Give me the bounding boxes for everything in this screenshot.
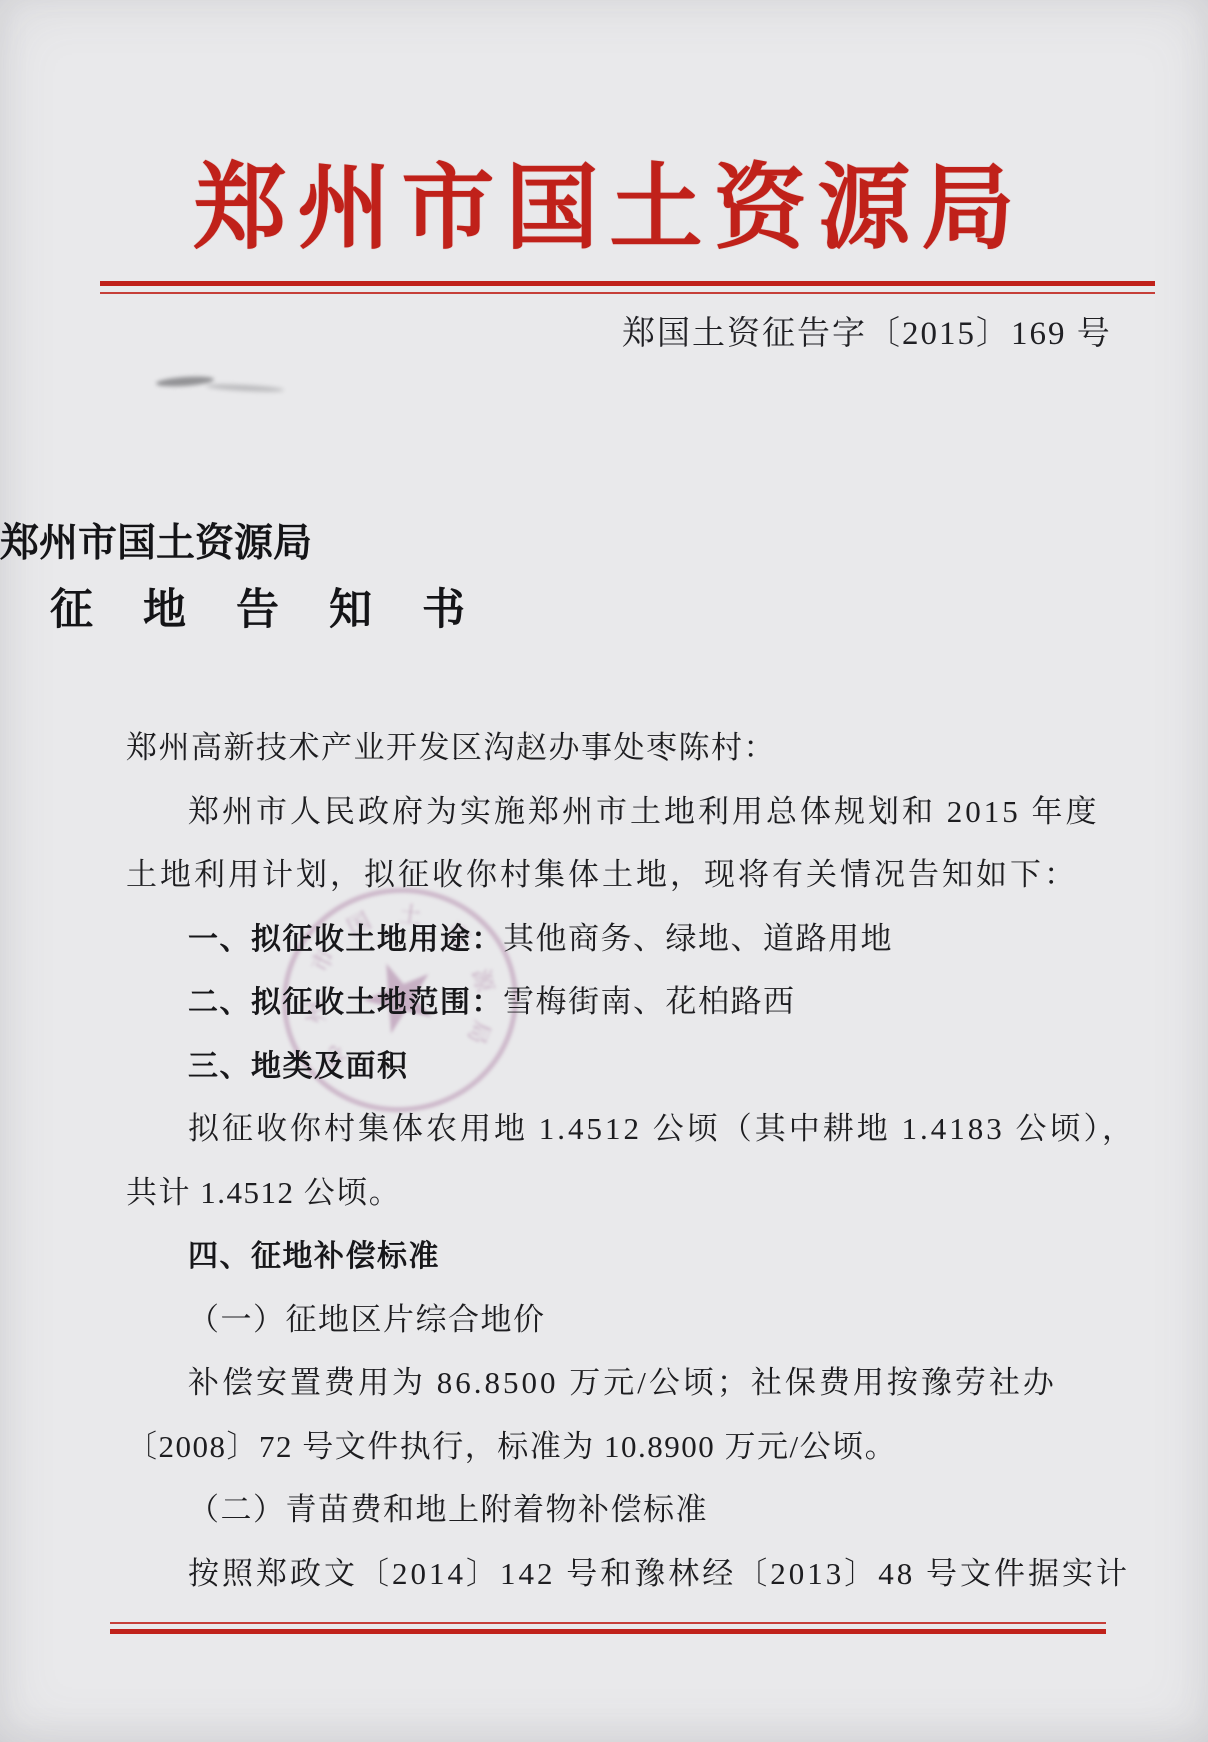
body-line-subitem-1: （一）征地区片综合地价	[126, 1298, 1188, 1342]
letterhead-agency-title: 郑州市国土资源局	[0, 160, 1208, 260]
footer-separator-thin	[110, 1622, 1106, 1624]
body-line-item-4: 四、征地补偿标准	[126, 1234, 1188, 1278]
body-line-subitem-2: （二）青苗费和地上附着物补偿标准	[126, 1488, 1188, 1532]
item-heading: 四、征地补偿标准	[188, 1240, 440, 1273]
item-heading: 三、地类及面积	[188, 1050, 409, 1083]
body-line: 共计 1.4512 公顷。	[126, 1171, 1126, 1215]
scan-smudge-artifact	[206, 383, 284, 393]
body-line: 按照郑政文〔2014〕142 号和豫林经〔2013〕48 号文件据实计	[126, 1552, 1188, 1596]
body-line: 补偿安置费用为 86.8500 万元/公顷；社保费用按豫劳社办	[126, 1361, 1188, 1405]
footer-separator-thick	[110, 1629, 1106, 1634]
document-number: 郑国土资征告字〔2015〕169 号	[622, 307, 1112, 354]
body-line: 土地利用计划，拟征收你村集体土地，现将有关情况告知如下：	[126, 853, 1126, 897]
body-line-item-3: 三、地类及面积	[126, 1044, 1188, 1088]
body-line: 〔2008〕72 号文件执行，标准为 10.8900 万元/公顷。	[126, 1425, 1126, 1469]
body-line-salutation: 郑州高新技术产业开发区沟赵办事处枣陈村：	[126, 726, 1126, 770]
scanned-document-page: 郑州市国土资源局 郑国土资征告字〔2015〕169 号 郑州市国土资源局 征地告…	[0, 0, 1208, 1742]
item-value: 其他商务、绿地、道路用地	[503, 921, 893, 956]
body-line-item-1: 一、拟征收土地用途：其他商务、绿地、道路用地	[126, 917, 1188, 961]
document-title-line1: 郑州市国土资源局	[0, 512, 1208, 568]
body-line: 拟征收你村集体农用地 1.4512 公顷（其中耕地 1.4183 公顷），	[126, 1107, 1188, 1151]
header-separator-thick	[100, 281, 1155, 286]
item-heading: 一、拟征收土地用途：	[188, 923, 503, 956]
document-title-line2: 征地告知书	[0, 576, 1208, 637]
body-line-item-2: 二、拟征收土地范围：雪梅街南、花柏路西	[126, 980, 1188, 1024]
body-line: 郑州市人民政府为实施郑州市土地利用总体规划和 2015 年度	[126, 790, 1188, 834]
item-value: 雪梅街南、花柏路西	[503, 984, 796, 1019]
item-heading: 二、拟征收土地范围：	[188, 986, 503, 1019]
header-separator-thin	[100, 292, 1155, 294]
